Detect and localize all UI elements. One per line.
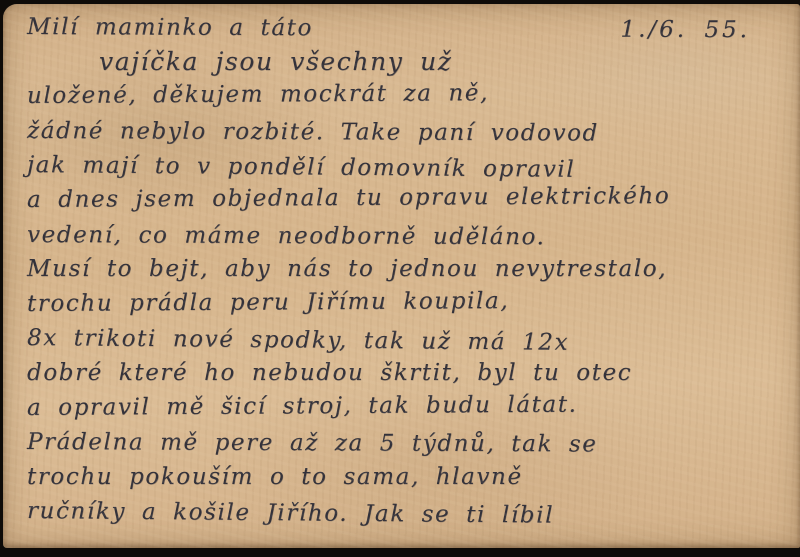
- salutation-text: Milí maminko a táto: [27, 14, 313, 41]
- letter-line: Musí to bejt, aby nás to jednou nevytres…: [27, 252, 792, 287]
- letter-line: uložené, děkujem mockrát za ně,: [27, 75, 792, 114]
- postcard-paper: Milí maminko a táto 1./6. 55. vajíčka js…: [3, 4, 800, 548]
- letter-line: vajíčka jsou všechny už: [27, 45, 792, 80]
- letter-line: trochu pokouším o to sama, hlavně: [27, 460, 792, 495]
- letter-body: Milí maminko a táto 1./6. 55. vajíčka js…: [27, 10, 792, 544]
- letter-line: vedení, co máme neodborně uděláno.: [27, 218, 792, 256]
- letter-line: ručníky a košile Jiřího. Jak se ti líbil: [27, 494, 792, 535]
- letter-line: a opravil mě šicí stroj, tak budu látat.: [27, 386, 792, 425]
- letter-line: Prádelna mě pere až za 5 týdnů, tak se: [27, 425, 792, 463]
- letter-line: trochu prádla peru Jiřímu koupila,: [27, 282, 792, 321]
- letter-line: žádné nebylo rozbité. Take paní vodovod: [27, 114, 792, 152]
- letter-date: 1./6. 55.: [620, 17, 750, 44]
- letter-line-salutation: Milí maminko a táto 1./6. 55.: [27, 10, 792, 48]
- letter-line: a dnes jsem objednala tu opravu elektric…: [27, 178, 792, 217]
- scanned-postcard: Milí maminko a táto 1./6. 55. vajíčka js…: [0, 0, 800, 557]
- letter-line: 8x trikoti nové spodky, tak už má 12x: [27, 321, 792, 362]
